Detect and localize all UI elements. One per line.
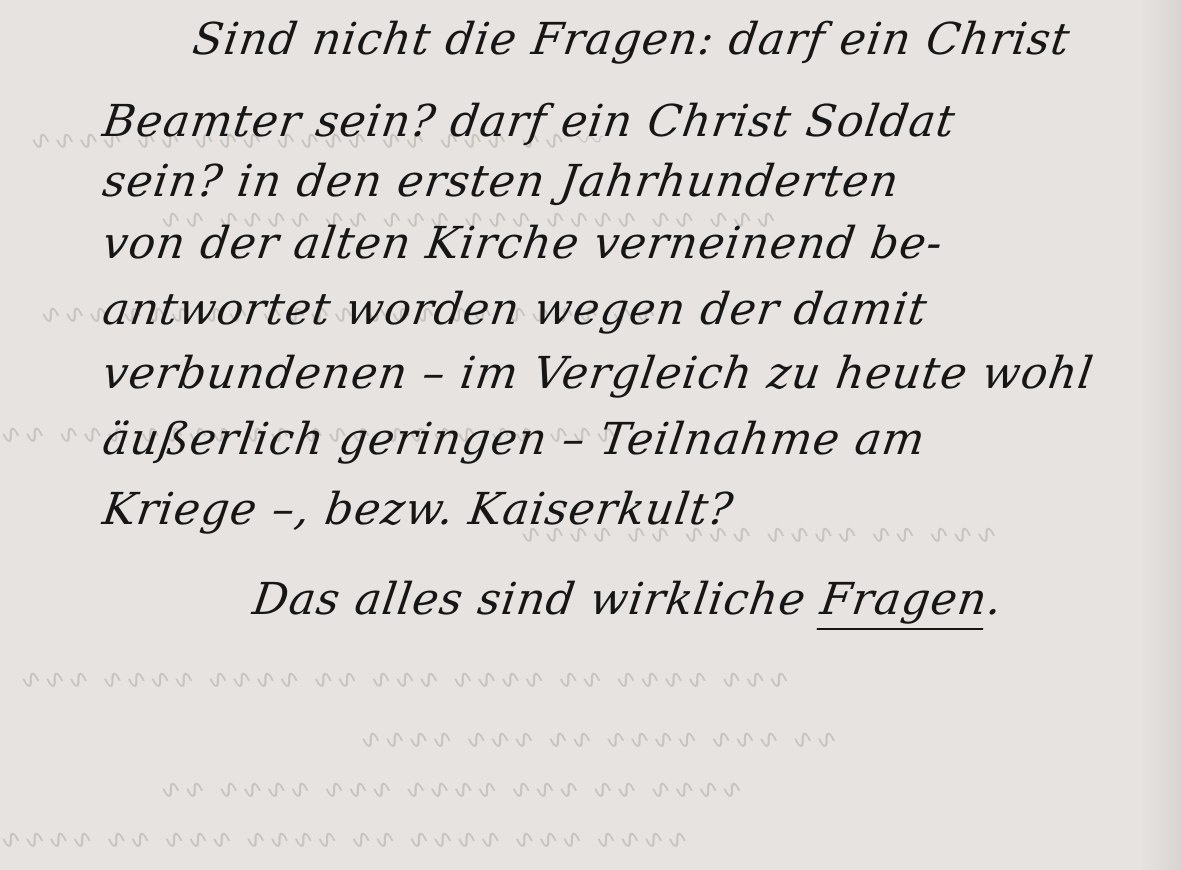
text-line-5: antwortet worden wegen der damit xyxy=(100,288,930,332)
text-line-6: verbundenen – im Vergleich zu heute wohl xyxy=(100,352,1096,396)
page-edge-shadow xyxy=(1141,0,1181,870)
text-line-2: Beamter sein? darf ein Christ Soldat xyxy=(100,100,958,144)
text-line-3: sein? in den ersten Jahrhunderten xyxy=(100,160,902,204)
bleed-through: ∿∿∿ ∿∿∿∿ ∿∿ ∿∿∿∿ ∿∿∿ ∿∿ ∿∿∿∿ ∿∿∿∿ ∿∿∿ xyxy=(20,665,792,695)
bleed-through: ∿∿∿∿ ∿∿ ∿∿∿ ∿∿∿∿ ∿∿∿ ∿∿∿∿ ∿∿ xyxy=(160,775,745,805)
closing-text: Das alles sind wirkliche xyxy=(250,574,825,625)
handwritten-page: 〰︎ ∿∿ ∿∿∿ ∿∿ ∿∿∿∿ ∿∿∿ ∿∿ ∿∿∿∿ ∿∿∿ ∿∿ ∿∿∿… xyxy=(0,0,1181,870)
text-line-8: Kriege –, bezw. Kaiserkult? xyxy=(100,488,736,532)
bleed-through: ∿∿∿∿ ∿∿∿ ∿∿∿∿ ∿∿ ∿∿∿∿ ∿∿∿ ∿∿ ∿∿∿∿ xyxy=(0,825,690,855)
bleed-through: ∿∿ ∿∿∿ ∿∿∿∿ ∿∿ ∿∿∿ ∿∿∿∿ xyxy=(360,725,839,755)
text-line-4: von der alten Kirche verneinend be- xyxy=(100,222,946,266)
underlined-word: Fragen xyxy=(817,574,991,625)
text-line-1: Sind nicht die Fragen: darf ein Christ xyxy=(190,18,1073,62)
text-line-7: äußerlich geringen – Teilnahme am xyxy=(100,418,928,462)
closing-line: Das alles sind wirkliche Fragen. xyxy=(250,578,1005,622)
